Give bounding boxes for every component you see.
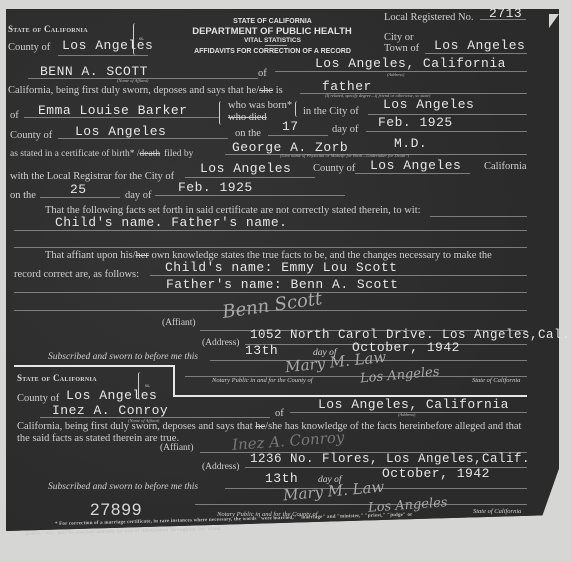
her-struck: her bbox=[136, 250, 149, 261]
affiant-2-label: (Affiant) bbox=[160, 443, 194, 453]
affidavit-2-state: State of California bbox=[17, 373, 97, 383]
affidavit-2-address-caption: (Address) bbox=[398, 412, 415, 417]
dept-state: STATE OF CALIFORNIA bbox=[180, 18, 365, 25]
local-reg-label: Local Registered No. bbox=[384, 12, 474, 23]
local-reg-line bbox=[480, 19, 526, 20]
header-rule bbox=[265, 45, 287, 46]
county-line bbox=[58, 55, 148, 56]
address-2-label: (Address) bbox=[202, 462, 239, 472]
filed-day: 25 bbox=[70, 182, 87, 197]
notary-1-state: State of California bbox=[472, 377, 520, 384]
filed-by-title: M.D. bbox=[394, 136, 427, 151]
registrar-county-line bbox=[355, 173, 470, 174]
sworn-2-month-year: October, 1942 bbox=[382, 466, 490, 481]
true-facts-a: That affiant upon his/ bbox=[45, 250, 136, 261]
certificate-text: as stated in a certificate of birth* /de… bbox=[10, 149, 193, 159]
county-label: County of bbox=[8, 42, 50, 53]
day-of-label-2: day of bbox=[125, 190, 152, 201]
affiant-2-name: Inez A. Conroy bbox=[52, 403, 168, 418]
affidavit-2-of-label: of bbox=[275, 408, 284, 419]
sworn-2-text: Subscribed and sworn to before me this bbox=[48, 482, 198, 492]
notary-1-label: Notary Public in and for the County of bbox=[212, 377, 313, 384]
subject-name-line bbox=[24, 117, 220, 118]
town-value: Los Angeles bbox=[434, 38, 525, 53]
on-the-label-2: on the bbox=[10, 190, 36, 201]
who-born: who was born* bbox=[228, 100, 292, 111]
correction-child-name: Child's name: Emmy Lou Scott bbox=[165, 260, 397, 275]
affiant-1-address: Los Angeles, California bbox=[315, 56, 506, 71]
birth-day-line bbox=[268, 135, 328, 136]
birth-city: Los Angeles bbox=[383, 97, 474, 112]
address-caption: (Address) bbox=[387, 72, 404, 77]
sworn-1-text: Subscribed and sworn to before me this bbox=[48, 352, 198, 362]
ss-brace-2 bbox=[138, 372, 143, 400]
notary-2-sig-line bbox=[195, 504, 527, 505]
dept-sub: VITAL STATISTICS bbox=[180, 37, 365, 44]
affiant-1-name: BENN A. SCOTT bbox=[40, 64, 148, 79]
deposes-2-a: California, being first duly sworn, depo… bbox=[17, 421, 255, 432]
state-label: State of California bbox=[8, 24, 88, 34]
dept-name: DEPARTMENT OF PUBLIC HEALTH bbox=[172, 26, 372, 37]
born-brace bbox=[219, 101, 224, 125]
facts-line-2 bbox=[14, 247, 527, 248]
affiant-1-name-caption: (Name of Affiant) bbox=[117, 78, 148, 83]
town-of-label: Town of bbox=[384, 43, 419, 54]
incorrect-facts: Child's name. Father's name. bbox=[55, 215, 287, 230]
birth-date-line bbox=[366, 131, 527, 132]
affidavit-2-deposes: California, being first duly sworn, depo… bbox=[17, 421, 521, 432]
day-of-label: day of bbox=[332, 124, 359, 135]
of-label-2: of bbox=[10, 110, 19, 121]
ss-mark: ss. bbox=[139, 37, 144, 42]
form-title: AFFIDAVITS FOR CORRECTION OF A RECORD bbox=[170, 48, 375, 55]
city-or-label: City or bbox=[384, 32, 413, 43]
county-of-label: County of bbox=[10, 130, 52, 141]
ss-mark-2: ss. bbox=[145, 384, 150, 389]
stamp-number: 27899 bbox=[90, 500, 142, 520]
ss-brace bbox=[133, 23, 138, 55]
affiant-2-address-city: Los Angeles, California bbox=[318, 397, 509, 412]
affiant-2-address: 1236 No. Flores, Los Angeles,Calif. bbox=[250, 452, 530, 466]
he-struck: he bbox=[255, 421, 265, 432]
box-vertical bbox=[173, 365, 175, 397]
relation-value: father bbox=[322, 79, 372, 94]
filed-month-year: Feb. 1925 bbox=[178, 180, 253, 195]
record-correct-text: record correct are, as follows: bbox=[14, 269, 139, 280]
deposes-text-a: California, being first duly sworn, depo… bbox=[8, 85, 259, 96]
registrar-county-label: County of bbox=[313, 163, 355, 174]
registrar-city: Los Angeles bbox=[200, 161, 291, 176]
california-label: California bbox=[484, 161, 527, 172]
birth-county-line bbox=[58, 138, 228, 139]
notary-2-state: State of California bbox=[473, 508, 521, 515]
facts-line-end bbox=[430, 216, 527, 217]
on-the-label: on the bbox=[235, 128, 261, 139]
correction-line-1 bbox=[150, 275, 527, 276]
birth-day: 17 bbox=[282, 119, 299, 134]
death-struck: death bbox=[140, 149, 161, 159]
born-brace-right bbox=[295, 101, 300, 117]
facts-line-1 bbox=[14, 230, 527, 231]
deposes-text: California, being first duly sworn, depo… bbox=[8, 85, 283, 96]
filed-by-label: filed by bbox=[164, 149, 193, 159]
birth-county: Los Angeles bbox=[75, 124, 166, 139]
sworn-1-day: 13th bbox=[245, 343, 278, 358]
correction-line-2 bbox=[14, 292, 527, 293]
town-line bbox=[425, 53, 527, 54]
subject-name: Emma Louise Barker bbox=[38, 103, 187, 118]
of-label: of bbox=[258, 68, 267, 79]
she-struck: she bbox=[259, 85, 273, 96]
address-1-label: (Address) bbox=[202, 338, 239, 348]
registrar-county: Los Angeles bbox=[370, 158, 461, 173]
is-text: is bbox=[273, 85, 283, 96]
cert-text-a: as stated in a certificate of birth* / bbox=[10, 149, 140, 159]
affidavit-2-county: Los Angeles bbox=[66, 388, 157, 403]
registrar-text: with the Local Registrar for the City of bbox=[10, 171, 174, 182]
folded-corner bbox=[549, 14, 559, 28]
filed-date-line bbox=[155, 195, 345, 196]
registrar-city-line bbox=[185, 177, 315, 178]
who-died-struck: who died bbox=[228, 112, 267, 123]
birth-month-year: Feb. 1925 bbox=[378, 115, 453, 130]
box-top-left bbox=[14, 365, 174, 367]
correction-father-name: Father's name: Benn A. Scott bbox=[166, 277, 398, 292]
affiant-1-label: (Affiant) bbox=[162, 318, 196, 328]
facts-true-text: the said facts as stated therein are tru… bbox=[17, 433, 179, 444]
sworn-2-day: 13th bbox=[265, 471, 298, 486]
filed-day-line bbox=[40, 197, 120, 198]
in-city-label: in the City of bbox=[303, 106, 359, 117]
